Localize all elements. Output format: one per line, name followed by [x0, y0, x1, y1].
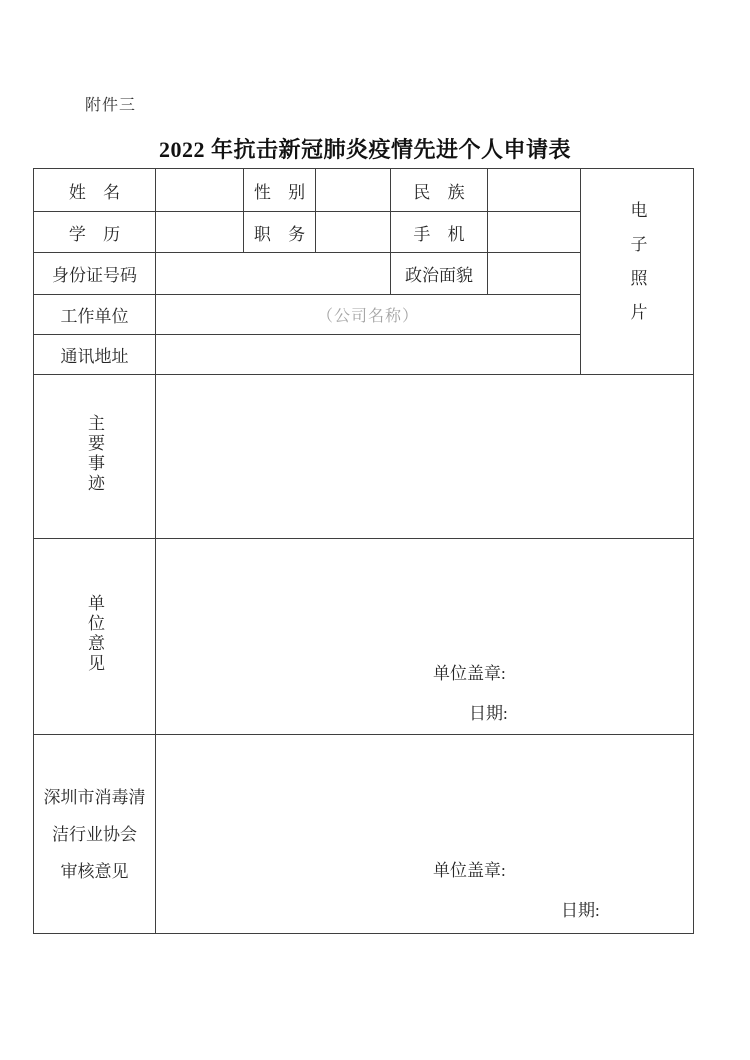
document-page: { "page": { "attachment_label": "附件三", "… [0, 0, 750, 1060]
position-label: 职 务 [244, 212, 316, 253]
ethnicity-field[interactable] [488, 169, 581, 212]
unit-date-label: 日期: [469, 699, 508, 724]
row-main-deeds: 主要事迹 [34, 375, 694, 539]
association-date-label: 日期: [561, 896, 600, 921]
education-field[interactable] [156, 212, 244, 253]
row-unit-opinion: 单位意见 单位盖章: 日期: [34, 539, 694, 735]
id-number-field[interactable] [156, 253, 391, 295]
work-unit-field[interactable]: （公司名称） [156, 295, 581, 335]
address-field[interactable] [156, 335, 581, 375]
application-form-table: 姓 名 性 别 民 族 电子照片 学 历 职 务 手 机 身份证号码 政治面貌 … [33, 168, 694, 934]
unit-opinion-label: 单位意见 [34, 539, 156, 735]
attachment-label: 附件三 [85, 92, 136, 115]
row-association-review: 深圳市消毒清 洁行业协会 审核意见 单位盖章: 日期: [34, 735, 694, 934]
political-status-field[interactable] [488, 253, 581, 295]
mobile-field[interactable] [488, 212, 581, 253]
mobile-label: 手 机 [391, 212, 488, 253]
page-title: 2022 年抗击新冠肺炎疫情先进个人申请表 [0, 133, 730, 164]
id-number-label: 身份证号码 [34, 253, 156, 295]
name-field[interactable] [156, 169, 244, 212]
photo-label: 电子照片 [629, 201, 646, 337]
association-review-field[interactable]: 单位盖章: 日期: [156, 735, 694, 934]
main-deeds-label: 主要事迹 [34, 375, 156, 539]
gender-label: 性 别 [244, 169, 316, 212]
company-name-placeholder: （公司名称） [317, 308, 419, 325]
political-status-label: 政治面貌 [391, 253, 488, 295]
association-seal-label: 单位盖章: [433, 856, 506, 881]
association-review-label-line2: 洁行业协会 [34, 816, 155, 853]
unit-seal-label: 单位盖章: [433, 659, 506, 684]
position-field[interactable] [316, 212, 391, 253]
gender-field[interactable] [316, 169, 391, 212]
photo-upload-area[interactable]: 电子照片 [581, 169, 694, 375]
work-unit-label: 工作单位 [34, 295, 156, 335]
association-review-label: 深圳市消毒清 洁行业协会 审核意见 [34, 735, 156, 934]
main-deeds-field[interactable] [156, 375, 694, 539]
row-name-gender-ethnicity: 姓 名 性 别 民 族 电子照片 [34, 169, 694, 212]
association-review-label-line3: 审核意见 [34, 853, 155, 890]
unit-opinion-field[interactable]: 单位盖章: 日期: [156, 539, 694, 735]
address-label: 通讯地址 [34, 335, 156, 375]
ethnicity-label: 民 族 [391, 169, 488, 212]
education-label: 学 历 [34, 212, 156, 253]
association-review-label-line1: 深圳市消毒清 [34, 779, 155, 816]
name-label: 姓 名 [34, 169, 156, 212]
